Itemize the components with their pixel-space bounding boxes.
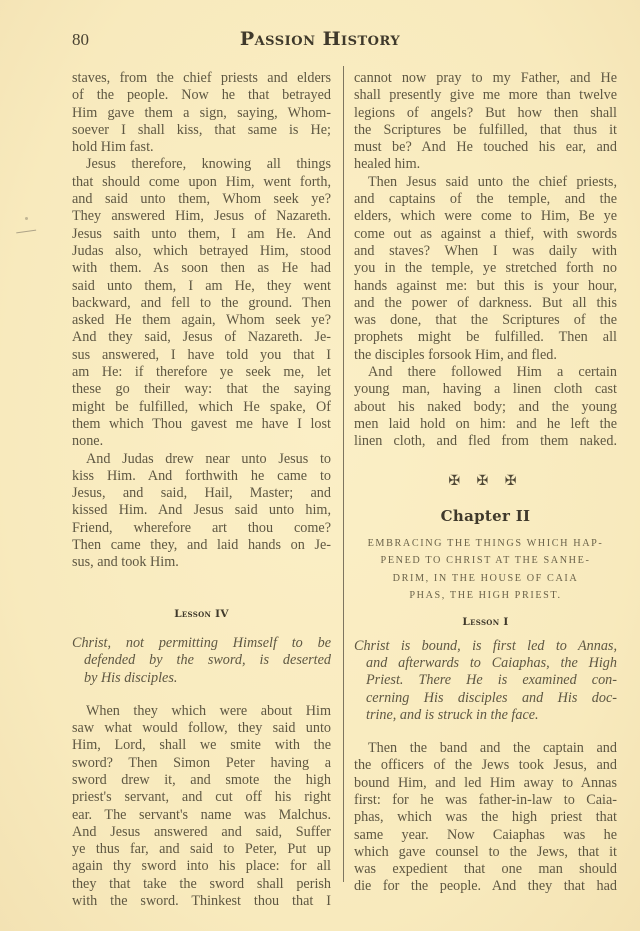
chapter-subtitle: EMBRACING THE THINGS WHICH HAP- PENED TO… (354, 535, 617, 604)
summary-line: Christ, not permitting Himself to be (72, 635, 331, 652)
text-line: first: for he was father-in-law to Caia- (354, 792, 617, 809)
lesson-heading: Lesson I (354, 614, 617, 631)
text-line: sword? Then Simon Peter having a (72, 755, 331, 772)
text-line: you in the temple, ye stretched forth no (354, 260, 617, 277)
text-line: asked He them again, Whom seek ye? (72, 312, 331, 329)
subtitle-line: EMBRACING THE THINGS WHICH HAP- (354, 535, 617, 552)
text-line: They answered Him, Jesus of Nazareth. (72, 208, 331, 225)
text-line: sus, and took Him. (72, 554, 331, 571)
text-line: come out as against a thief, with swords (354, 226, 617, 243)
text-line: Him, Lord, shall we smite with the (72, 737, 331, 754)
text-line: am He: if therefore ye seek me, let (72, 364, 331, 381)
text-line: And they said, Jesus of Nazareth. Je- (72, 329, 331, 346)
paragraph: Jesus therefore, knowing all things that… (72, 156, 331, 450)
text-line: prophets might be fulfilled. Then all (354, 329, 617, 346)
text-line: the officers of the Jews took Jesus, and (354, 757, 617, 774)
summary-line: and afterwards to Caiaphas, the High (354, 655, 617, 672)
text-line: And Judas drew near unto Jesus to (72, 451, 331, 468)
text-line: cannot now pray to my Father, and He (354, 70, 617, 87)
summary-line: Priest. There He is examined con- (354, 672, 617, 689)
text-line: hands against me: but this is your hour, (354, 278, 617, 295)
paragraph: staves, from the chief priests and elder… (72, 70, 331, 156)
text-line: saw what would follow, they said unto (72, 720, 331, 737)
text-line: and said unto them, Whom seek ye? (72, 191, 331, 208)
paragraph: Then Jesus said unto the chief priests, … (354, 174, 617, 364)
text-line: healed him. (354, 156, 617, 173)
text-line: elders, which were come to Him, Be ye (354, 208, 617, 225)
text-line: Jesus therefore, knowing all things (72, 156, 331, 173)
text-line: again thy sword into his place: for all (72, 858, 331, 875)
text-line: and captains of the temple, and the (354, 191, 617, 208)
text-line: legions of angels? But how then shall (354, 105, 617, 122)
summary-line: Christ is bound, is first led to Annas, (354, 638, 617, 655)
text-line: that should come upon Him, went forth, (72, 174, 331, 191)
lesson-heading: Lesson IV (72, 606, 331, 623)
text-line: and the power of darkness. But all this (354, 295, 617, 312)
text-line: Him gave them a sign, saying, Whom- (72, 105, 331, 122)
text-line: And Jesus answered and said, Suffer (72, 824, 331, 841)
text-line: none. (72, 433, 331, 450)
text-line: ear. The servant's name was Malchus. (72, 807, 331, 824)
text-line: which gave counsel to the Jews, that it (354, 844, 617, 861)
chapter-title: Chapter II (354, 508, 617, 525)
text-line: priest's servant, and cut off his right (72, 789, 331, 806)
cross-ornament: ✠ ✠ ✠ (354, 473, 617, 490)
paragraph: When they which were about Him saw what … (72, 703, 331, 911)
text-line: hold Him fast. (72, 139, 331, 156)
text-line: about his naked body; and the young (354, 399, 617, 416)
right-column: cannot now pray to my Father, and He sha… (354, 70, 617, 896)
text-line: them which Thou gavest me have I lost (72, 416, 331, 433)
summary-line: cerning His disciples and His doc- (354, 690, 617, 707)
paragraph: And Judas drew near unto Jesus to kiss H… (72, 451, 331, 572)
text-line: phas, which was the high priest that (354, 809, 617, 826)
text-line: die for the people. And they that had (354, 878, 617, 895)
text-line: of the people. Now he that betrayed (72, 87, 331, 104)
text-line: Then the band and the captain and (354, 740, 617, 757)
text-line: the Scriptures be fulfilled, that thus i… (354, 122, 617, 139)
paragraph: And there followed Him a certain young m… (354, 364, 617, 450)
text-line: kiss Him. And forthwith he came to (72, 468, 331, 485)
text-line: linen cloth, and fled from them naked. (354, 433, 617, 450)
paragraph: cannot now pray to my Father, and He sha… (354, 70, 617, 174)
text-line: Then Jesus said unto the chief priests, (354, 174, 617, 191)
text-line: must be? And He touched his ear, and (354, 139, 617, 156)
text-line: Jesus saith unto them, I am He. And (72, 226, 331, 243)
summary-line: defended by the sword, is deserted (72, 652, 331, 669)
text-line: was done, that the Scriptures of the (354, 312, 617, 329)
text-line: shall presently give me more than twelve (354, 87, 617, 104)
text-line: and staves? When I was daily with (354, 243, 617, 260)
text-line: Friend, wherefore art thou come? (72, 520, 331, 537)
margin-mark-dot (25, 217, 28, 220)
text-line: with the sword. Thinkest thou that I (72, 893, 331, 910)
lesson-summary: Christ is bound, is first led to Annas, … (354, 638, 617, 724)
text-line: Jesus, and said, Hail, Master; and (72, 485, 331, 502)
text-line: was expedient that one man should (354, 861, 617, 878)
text-line: with them. As soon then as He had (72, 260, 331, 277)
margin-pencil-mark (16, 227, 36, 234)
text-line: young man, having a linen cloth cast (354, 381, 617, 398)
text-line: sus answered, I have told you that I (72, 347, 331, 364)
text-line: When they which were about Him (72, 703, 331, 720)
subtitle-line: PENED TO CHRIST AT THE SANHE- (354, 552, 617, 569)
column-divider (343, 66, 344, 882)
text-line: ye thus far, and said to Peter, Put up (72, 841, 331, 858)
subtitle-line: PHAS, THE HIGH PRIEST. (354, 587, 617, 604)
text-line: soever I shall kiss, that same is He; (72, 122, 331, 139)
text-line: Then came they, and laid hands on Je- (72, 537, 331, 554)
text-line: might be fulfilled, which He spake, Of (72, 399, 331, 416)
paragraph: Then the band and the captain and the of… (354, 740, 617, 896)
text-line: bound Him, and led Him away to Annas (354, 775, 617, 792)
subtitle-line: DRIM, IN THE HOUSE OF CAIA (354, 570, 617, 587)
text-line: these go their way: that the saying (72, 381, 331, 398)
text-line: And there followed Him a certain (354, 364, 617, 381)
book-page: 80 Passion History staves, from the chie… (0, 0, 640, 931)
text-line: kissed Him. And Jesus said unto him, (72, 502, 331, 519)
text-line: the disciples forsook Him, and fled. (354, 347, 617, 364)
left-column: staves, from the chief priests and elder… (72, 70, 331, 910)
running-head: Passion History (0, 28, 640, 50)
text-line: same year. Now Caiaphas was he (354, 827, 617, 844)
summary-line: trine, and is struck in the face. (354, 707, 617, 724)
lesson-summary: Christ, not permitting Himself to be def… (72, 635, 331, 687)
text-line: said unto them, I am He, they went (72, 278, 331, 295)
text-line: backward, and fell to the ground. Then (72, 295, 331, 312)
text-line: Judas also, which betrayed Him, stood (72, 243, 331, 260)
text-line: staves, from the chief priests and elder… (72, 70, 331, 87)
text-line: they that take the sword shall perish (72, 876, 331, 893)
text-line: men laid hold on him: and he left the (354, 416, 617, 433)
summary-line: by His disciples. (72, 670, 331, 687)
text-line: sword drew it, and smote the high (72, 772, 331, 789)
